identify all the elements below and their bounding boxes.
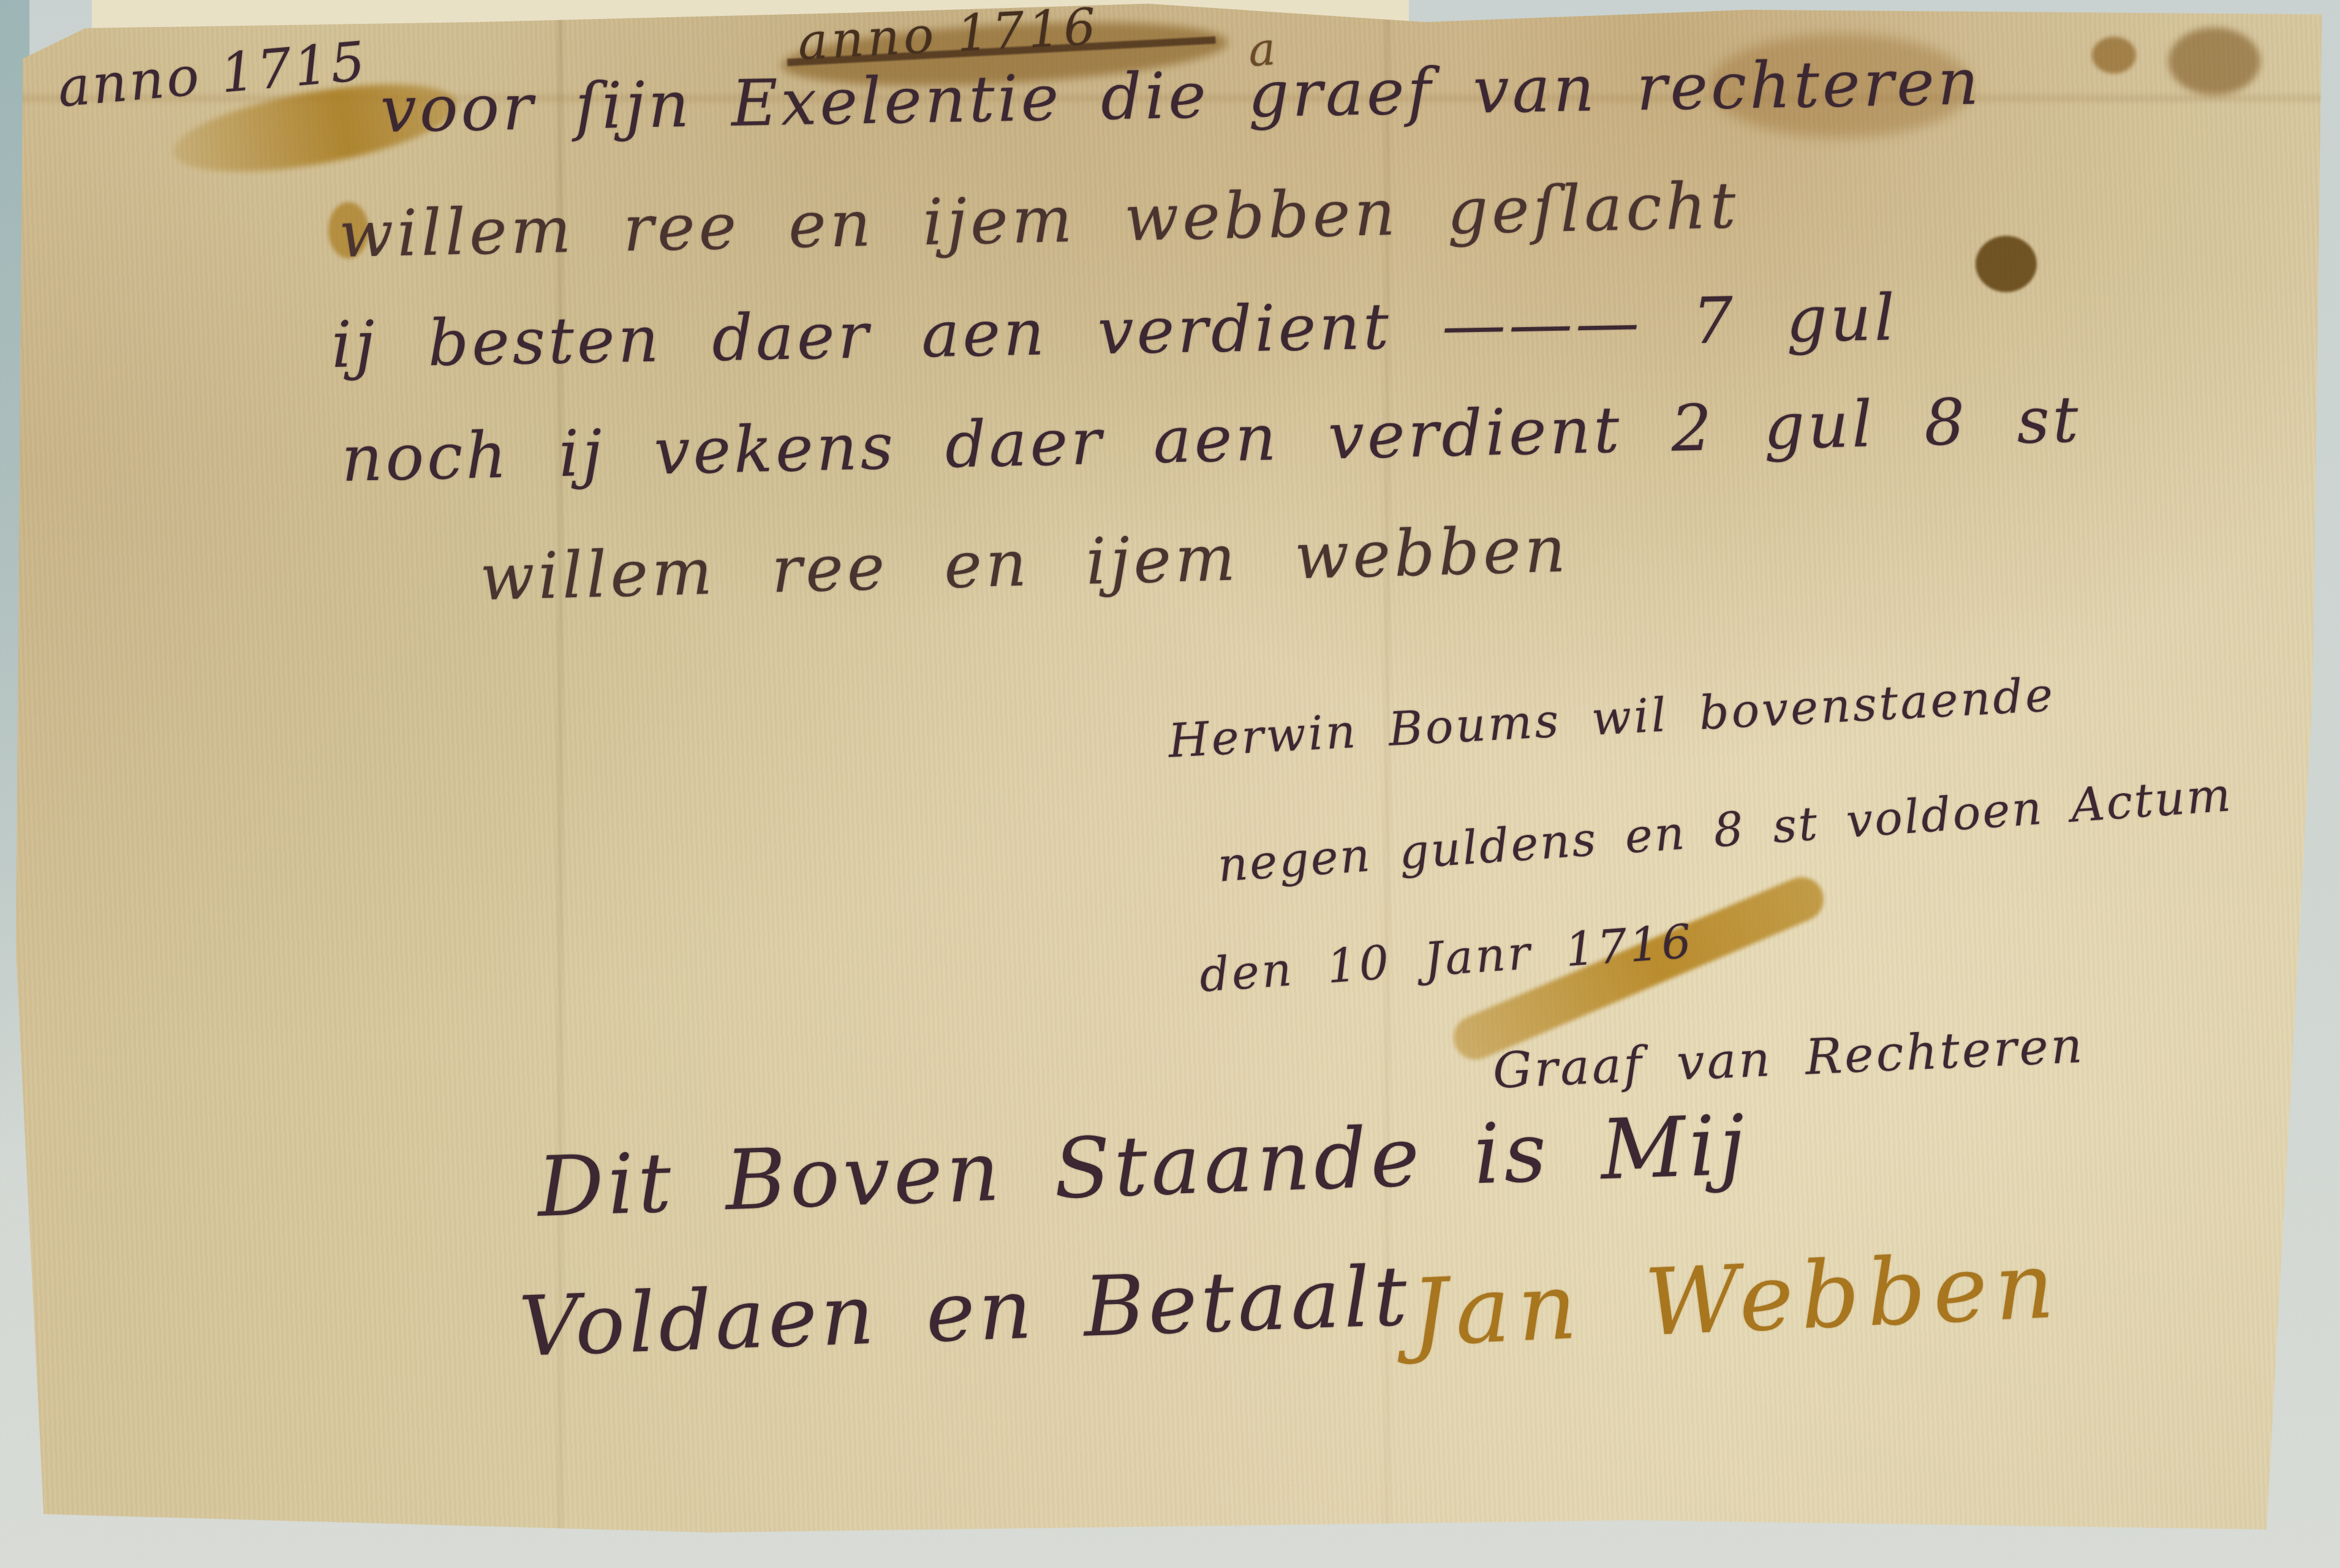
small-blot-stain	[2092, 37, 2136, 73]
corner-stain	[2168, 28, 2260, 95]
ink-blot-stain	[1976, 236, 2037, 292]
photo-of-manuscript: anno 1715 anno 1716 a voor ſijn Exelenti…	[0, 0, 2340, 1568]
